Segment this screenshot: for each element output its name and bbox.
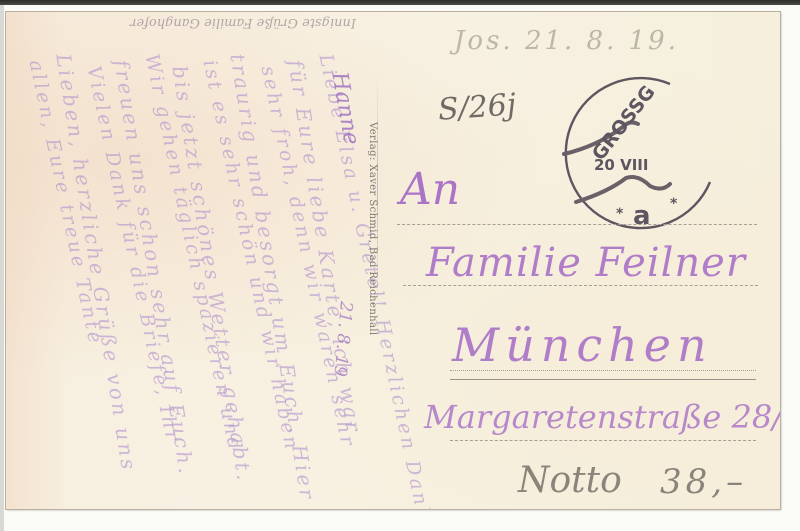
scan-top-edge bbox=[0, 0, 800, 5]
postmark-letter: a bbox=[633, 201, 651, 231]
address-line-3 bbox=[450, 379, 756, 380]
address-city: München bbox=[452, 318, 713, 372]
message-area: Innigste Grüße Familie Ganghofer Liebe E… bbox=[6, 12, 396, 509]
postmark-date: 20 VIII bbox=[594, 156, 648, 174]
scan-left-edge bbox=[0, 5, 4, 531]
message-top-line: Innigste Grüße Familie Ganghofer bbox=[130, 15, 356, 30]
pencil-date-note: Jos. 21. 8. 19. bbox=[454, 26, 679, 56]
pencil-bottom-number: 38,– bbox=[660, 462, 747, 502]
pencil-bottom-note: Notto bbox=[518, 460, 622, 501]
pencil-mark: S/26j bbox=[437, 87, 517, 127]
address-line-4 bbox=[450, 440, 756, 441]
postmark-star-right: * bbox=[670, 196, 678, 212]
publisher-imprint: Verlag: Xaver Schmid, Bad Reichenhall bbox=[367, 122, 378, 336]
address-line-1 bbox=[397, 224, 757, 225]
postmark-star-left: * bbox=[616, 206, 624, 222]
postcard-back: Innigste Grüße Familie Ganghofer Liebe E… bbox=[6, 12, 780, 509]
address-street: Margaretenstraße 28/I. bbox=[424, 398, 780, 436]
postmark-town: GROSSG bbox=[588, 81, 660, 164]
address-recipient: Familie Feilner bbox=[426, 240, 746, 286]
postmark-stamp: GROSSG 20 VIII * a * bbox=[558, 74, 714, 230]
address-salutation: An bbox=[400, 164, 460, 215]
